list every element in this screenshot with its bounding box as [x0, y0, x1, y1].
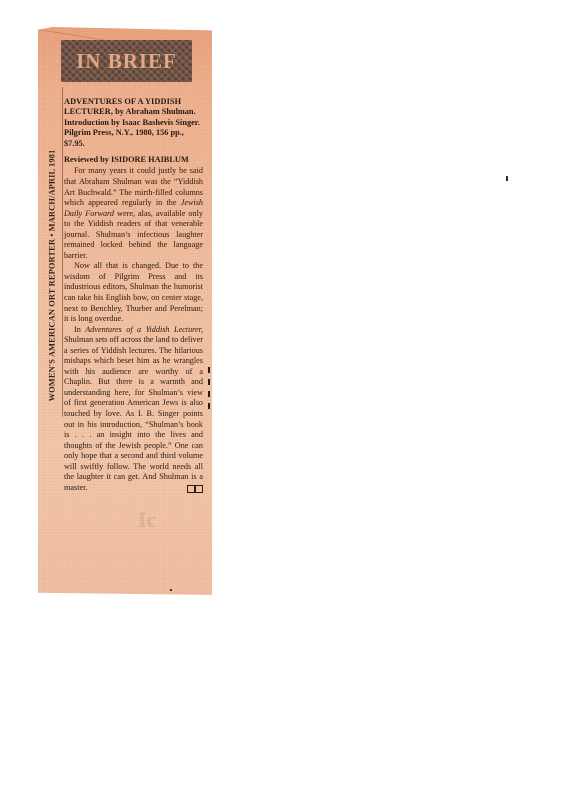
- book-introduction: Introduction by Isaac Bashevis Singer.: [64, 118, 200, 127]
- show-through-print: Ic: [138, 507, 208, 547]
- book-title-italic: Adventures of a Yiddish Lecturer,: [85, 325, 203, 334]
- end-mark-icon: [187, 485, 203, 493]
- paragraph-text: In: [74, 325, 85, 334]
- margin-mark: [208, 367, 210, 373]
- paragraph-text: Shulman sets off across the land to deli…: [64, 335, 203, 492]
- article-paragraph: In Adventures of a Yiddish Lecturer, Shu…: [64, 325, 203, 494]
- book-headline: ADVENTURES OF A YIDDISH LECTURER, by Abr…: [64, 97, 203, 149]
- newspaper-clipping: IN BRIEF WOMEN'S AMERICAN ORT REPORTER •…: [38, 27, 212, 595]
- reviewer-byline: Reviewed by ISIDORE HAIBLUM: [64, 155, 203, 165]
- publication-credit-text: WOMEN'S AMERICAN ORT REPORTER • MARCH/AP…: [48, 149, 57, 401]
- margin-mark: [208, 379, 210, 385]
- review-article: ADVENTURES OF A YIDDISH LECTURER, by Abr…: [64, 97, 203, 493]
- article-paragraph: For many years it could justly be said t…: [64, 166, 203, 261]
- publication-credit: WOMEN'S AMERICAN ORT REPORTER • MARCH/AP…: [40, 120, 64, 430]
- paragraph-text: Now all that is changed. Due to the wisd…: [64, 261, 203, 323]
- section-banner-title: IN BRIEF: [76, 49, 177, 74]
- margin-mark: [208, 391, 210, 397]
- book-author: by Abraham Shulman.: [115, 107, 195, 116]
- scan-speck: [506, 176, 508, 181]
- ink-speck: [170, 589, 172, 591]
- margin-mark: [208, 403, 210, 409]
- section-banner: IN BRIEF: [61, 40, 192, 82]
- book-publisher: Pilgrim Press, N.Y., 1980,: [64, 128, 154, 137]
- article-paragraph: Now all that is changed. Due to the wisd…: [64, 261, 203, 324]
